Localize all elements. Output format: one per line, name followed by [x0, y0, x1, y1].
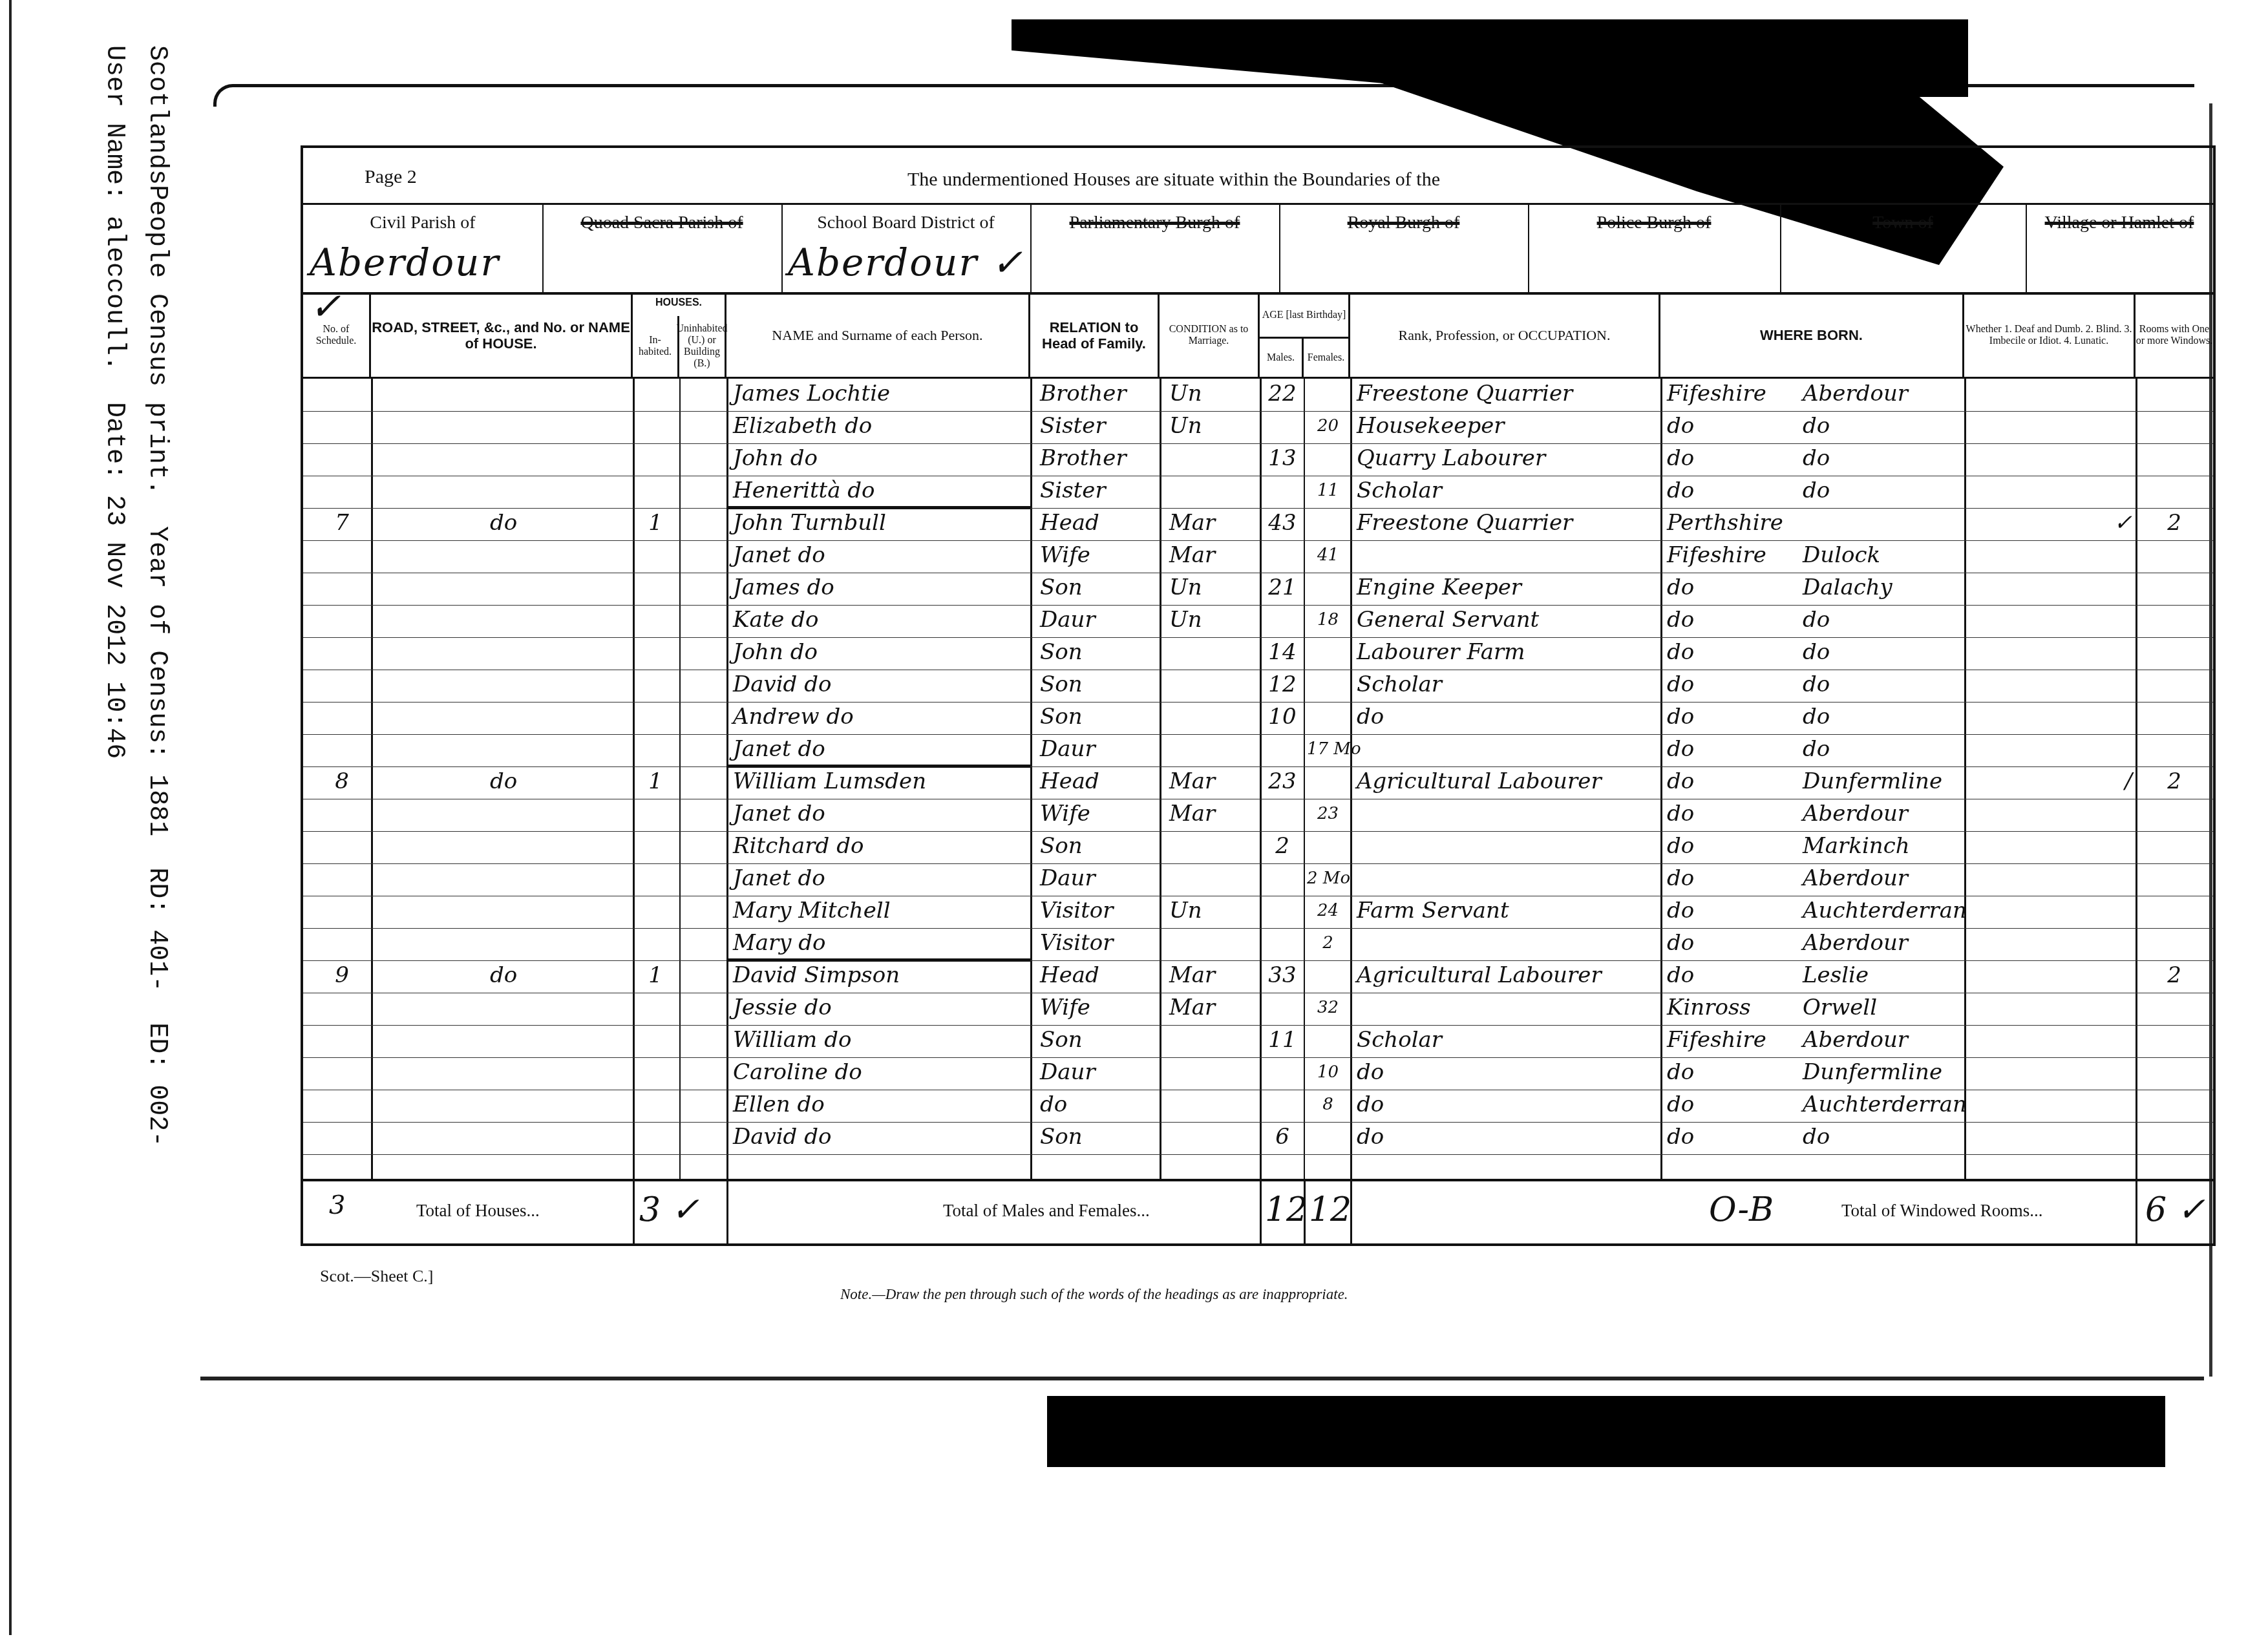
cell-name: David do — [733, 1123, 1027, 1150]
cell-rooms — [2139, 865, 2210, 892]
scan-edge — [9, 0, 12, 1635]
cell-female: 2 — [1307, 929, 1349, 956]
cell-relation: Son — [1040, 671, 1156, 698]
cell-occupation: Labourer Farm — [1357, 639, 1657, 666]
cell-inhabited — [636, 445, 675, 472]
cell-condition: Mar — [1169, 962, 1256, 989]
cell-name: Ritchard do — [733, 832, 1027, 860]
table-row: 7do1John TurnbullHeadMar43Freestone Quar… — [303, 508, 2213, 541]
cell-occupation — [1357, 735, 1657, 763]
cell-female: 23 — [1307, 800, 1349, 827]
cell-infirm — [1971, 412, 2132, 439]
cell-condition: Mar — [1169, 800, 1256, 827]
cell-male: 11 — [1263, 1026, 1302, 1053]
cell-name: Mary do — [733, 929, 1027, 956]
cell-road — [381, 380, 626, 407]
cell-female: 17 Mo — [1307, 735, 1349, 763]
cell-name: Jessie do — [733, 994, 1027, 1021]
table-row: Henerittà doSister11Scholardodo — [303, 476, 2213, 509]
cell-born-county: do — [1667, 735, 1803, 763]
district-row: Civil Parish of Aberdour ✓ Quoad Sacra P… — [303, 205, 2213, 295]
header-relation: RELATION to Head of Family. — [1030, 293, 1160, 379]
cell-road — [381, 477, 626, 504]
cell-female: 18 — [1307, 606, 1349, 633]
cell-infirm — [1971, 445, 2132, 472]
cell-name: Janet do — [733, 865, 1027, 892]
cell-born-county: Kinross — [1667, 994, 1803, 1021]
cell-born-parish: do — [1803, 445, 1961, 472]
cell-schedule — [316, 929, 368, 956]
cell-born-county: Fifeshire — [1667, 542, 1803, 569]
cell-male: 22 — [1263, 380, 1302, 407]
cell-male — [1263, 994, 1302, 1021]
cell-condition: Mar — [1169, 994, 1256, 1021]
cell-schedule — [316, 671, 368, 698]
table-row: John doSon14Labourer Farmdodo — [303, 637, 2213, 670]
cell-relation: Son — [1040, 639, 1156, 666]
table-row: Jessie doWifeMar32KinrossOrwell — [303, 993, 2213, 1026]
cell-road — [381, 412, 626, 439]
cell-male — [1263, 477, 1302, 504]
cell-male — [1263, 412, 1302, 439]
cell-male: 13 — [1263, 445, 1302, 472]
cell-name: William do — [733, 1026, 1027, 1053]
cell-occupation: Scholar — [1357, 671, 1657, 698]
cell-occupation: Agricultural Labourer — [1357, 768, 1657, 795]
cell-occupation: Engine Keeper — [1357, 574, 1657, 601]
cell-female: 24 — [1307, 897, 1349, 924]
cell-born-parish: do — [1803, 606, 1961, 633]
cell-condition: Un — [1169, 606, 1256, 633]
cell-road — [381, 671, 626, 698]
cell-infirm — [1971, 1026, 2132, 1053]
cell-occupation: Agricultural Labourer — [1357, 962, 1657, 989]
cell-female: 11 — [1307, 477, 1349, 504]
cell-name: Janet do — [733, 800, 1027, 827]
cell-born-county: do — [1667, 962, 1803, 989]
cell-relation: Head — [1040, 768, 1156, 795]
cell-road: do — [381, 962, 626, 989]
cell-born-county: do — [1667, 639, 1803, 666]
cell-schedule — [316, 606, 368, 633]
cell-inhabited — [636, 865, 675, 892]
cell-name: James Lochtie — [733, 380, 1027, 407]
cell-relation: Brother — [1040, 380, 1156, 407]
cell-condition — [1169, 929, 1256, 956]
cell-male — [1263, 735, 1302, 763]
cell-rooms — [2139, 477, 2210, 504]
header-rooms: Rooms with One or more Windows. — [2136, 293, 2213, 379]
cell-name: Andrew do — [733, 703, 1027, 730]
cell-name: Janet do — [733, 542, 1027, 569]
cell-inhabited — [636, 477, 675, 504]
table-row: James LochtieBrotherUn22Freestone Quarri… — [303, 379, 2213, 412]
cell-born-parish: Markinch — [1803, 832, 1961, 860]
header-females: Females. — [1304, 339, 1350, 379]
cell-infirm: ✓ — [1971, 509, 2132, 536]
cell-male — [1263, 1059, 1302, 1086]
cell-born-county: do — [1667, 832, 1803, 860]
cell-female — [1307, 574, 1349, 601]
cell-male — [1263, 865, 1302, 892]
stamp-line-1: ScotlandsPeople Census print. Year of Ce… — [142, 45, 171, 1146]
print-stamp: ScotlandsPeople Census print. Year of Ce… — [48, 45, 178, 1532]
cell-born-parish: Dunfermline — [1803, 768, 1961, 795]
cell-born-parish: Aberdour — [1803, 929, 1961, 956]
district-school-board: School Board District of Aberdour ✓ — [781, 205, 1032, 292]
table-row: Janet doWifeMar41FifeshireDulock — [303, 540, 2213, 573]
sheet-label: Scot.—Sheet C.] — [320, 1267, 434, 1286]
cell-condition: Un — [1169, 574, 1256, 601]
houses-total-value: 3 ✓ — [639, 1190, 699, 1229]
cell-born-parish: Leslie — [1803, 962, 1961, 989]
cell-inhabited — [636, 994, 675, 1021]
cell-relation: Brother — [1040, 445, 1156, 472]
cell-infirm — [1971, 703, 2132, 730]
cell-female: 10 — [1307, 1059, 1349, 1086]
table-row: David doSon6dododo — [303, 1122, 2213, 1155]
cell-rooms — [2139, 542, 2210, 569]
cell-rooms — [2139, 574, 2210, 601]
cell-condition: Un — [1169, 412, 1256, 439]
cell-road — [381, 1026, 626, 1053]
cell-schedule — [316, 994, 368, 1021]
table-row: William doSon11ScholarFifeshireAberdour — [303, 1025, 2213, 1058]
cell-condition — [1169, 735, 1256, 763]
cell-male: 23 — [1263, 768, 1302, 795]
cell-relation: Sister — [1040, 412, 1156, 439]
cell-road — [381, 897, 626, 924]
cell-male — [1263, 606, 1302, 633]
cell-road — [381, 542, 626, 569]
table-row: Elizabeth doSisterUn20Housekeeperdodo — [303, 411, 2213, 444]
cell-relation: Son — [1040, 832, 1156, 860]
cell-occupation: Farm Servant — [1357, 897, 1657, 924]
table-row: Ellen dodo8dodoAuchterderran — [303, 1090, 2213, 1123]
cell-inhabited: 1 — [636, 768, 675, 795]
cell-condition: Un — [1169, 897, 1256, 924]
cell-schedule — [316, 574, 368, 601]
cell-inhabited: 1 — [636, 509, 675, 536]
cell-schedule: 8 — [316, 768, 368, 795]
cell-born-parish: do — [1803, 639, 1961, 666]
cell-occupation: Freestone Quarrier — [1357, 509, 1657, 536]
cell-male: 21 — [1263, 574, 1302, 601]
females-total: 12 — [1309, 1190, 1351, 1229]
cell-female — [1307, 1026, 1349, 1053]
cell-rooms — [2139, 735, 2210, 763]
cell-relation: Visitor — [1040, 929, 1156, 956]
cell-infirm — [1971, 380, 2132, 407]
table-row: John doBrother13Quarry Labourerdodo — [303, 443, 2213, 476]
cell-schedule — [316, 1123, 368, 1150]
cell-inhabited: 1 — [636, 962, 675, 989]
cell-name: Ellen do — [733, 1091, 1027, 1118]
cell-male — [1263, 542, 1302, 569]
cell-infirm — [1971, 897, 2132, 924]
males-total: 12 — [1265, 1190, 1308, 1229]
cell-condition — [1169, 1123, 1256, 1150]
cell-born-county: do — [1667, 768, 1803, 795]
heading-note: Note.—Draw the pen through such of the w… — [840, 1286, 1348, 1303]
cell-relation: Daur — [1040, 606, 1156, 633]
cell-infirm — [1971, 929, 2132, 956]
cell-born-county: do — [1667, 1123, 1803, 1150]
header-schedule: No. of Schedule. — [303, 293, 371, 379]
cell-rooms — [2139, 1059, 2210, 1086]
cell-rooms — [2139, 929, 2210, 956]
cell-inhabited — [636, 735, 675, 763]
cell-inhabited — [636, 574, 675, 601]
cell-female — [1307, 1123, 1349, 1150]
cell-born-parish: do — [1803, 671, 1961, 698]
cell-inhabited — [636, 800, 675, 827]
district-royal-burgh: Royal Burgh of — [1279, 205, 1529, 292]
cell-name: Henerittà do — [733, 477, 1027, 504]
cell-infirm — [1971, 865, 2132, 892]
cell-occupation — [1357, 800, 1657, 827]
cell-inhabited — [636, 671, 675, 698]
cell-infirm — [1971, 994, 2132, 1021]
cell-born-parish: Dalachy — [1803, 574, 1961, 601]
table-row: Mary doVisitor2doAberdour — [303, 928, 2213, 961]
cell-born-parish: Aberdour — [1803, 800, 1961, 827]
cell-condition — [1169, 865, 1256, 892]
header-where-born: WHERE BORN. — [1660, 293, 1964, 379]
rooms-total-value: 6 ✓ — [2145, 1190, 2205, 1229]
cell-name: Kate do — [733, 606, 1027, 633]
cell-rooms — [2139, 445, 2210, 472]
table-row: Janet doDaur2 ModoAberdour — [303, 863, 2213, 896]
cell-rooms — [2139, 606, 2210, 633]
cell-female: 8 — [1307, 1091, 1349, 1118]
header-inhabited: In-habited. — [633, 316, 679, 379]
cell-rooms: 2 — [2139, 509, 2210, 536]
census-form: Page 2 The undermentioned Houses are sit… — [301, 145, 2216, 1246]
cell-road — [381, 445, 626, 472]
cell-rooms — [2139, 639, 2210, 666]
cell-occupation — [1357, 832, 1657, 860]
cell-name: John Turnbull — [733, 509, 1027, 536]
table-row: Ritchard doSon2doMarkinch — [303, 831, 2213, 864]
cell-schedule: 7 — [316, 509, 368, 536]
cell-infirm — [1971, 639, 2132, 666]
cell-born-county: do — [1667, 1059, 1803, 1086]
cell-schedule — [316, 1091, 368, 1118]
cell-rooms — [2139, 832, 2210, 860]
district-civil-parish: Civil Parish of Aberdour ✓ — [303, 205, 544, 292]
cell-relation: Son — [1040, 574, 1156, 601]
cell-schedule — [316, 1059, 368, 1086]
header-males: Males. — [1260, 339, 1304, 379]
cell-born-parish: do — [1803, 1123, 1961, 1150]
cell-rooms — [2139, 1091, 2210, 1118]
cell-relation: Son — [1040, 703, 1156, 730]
cell-condition: Un — [1169, 380, 1256, 407]
form-header: Page 2 The undermentioned Houses are sit… — [303, 148, 2213, 205]
cell-born-county: Fifeshire — [1667, 380, 1803, 407]
cell-inhabited — [636, 412, 675, 439]
cell-born-parish: do — [1803, 412, 1961, 439]
cell-female — [1307, 962, 1349, 989]
stamp-line-2: User Name: aleccoull. Date: 23 Nov 2012 … — [100, 45, 129, 759]
cell-born-parish: Aberdour — [1803, 1026, 1961, 1053]
cell-schedule — [316, 412, 368, 439]
cell-born-county: do — [1667, 606, 1803, 633]
cell-condition — [1169, 832, 1256, 860]
cell-female — [1307, 832, 1349, 860]
cell-born-parish: Aberdour — [1803, 865, 1961, 892]
header-name: NAME and Surname of each Person. — [726, 293, 1030, 379]
header-infirmity: Whether 1. Deaf and Dumb. 2. Blind. 3. I… — [1964, 293, 2136, 379]
cell-infirm — [1971, 574, 2132, 601]
cell-occupation — [1357, 929, 1657, 956]
cell-inhabited — [636, 1123, 675, 1150]
cell-relation: Visitor — [1040, 897, 1156, 924]
census-entries: James LochtieBrotherUn22Freestone Quarri… — [303, 379, 2213, 1179]
cell-name: Caroline do — [733, 1059, 1027, 1086]
cell-name: David do — [733, 671, 1027, 698]
cell-female — [1307, 768, 1349, 795]
cell-male — [1263, 1091, 1302, 1118]
cell-infirm — [1971, 606, 2132, 633]
cell-male: 12 — [1263, 671, 1302, 698]
cell-born-county: do — [1667, 800, 1803, 827]
cell-relation: Wife — [1040, 542, 1156, 569]
cell-road — [381, 865, 626, 892]
cell-schedule — [316, 445, 368, 472]
district-village: Village or Hamlet of — [2026, 205, 2213, 292]
cell-female — [1307, 703, 1349, 730]
cell-male: 33 — [1263, 962, 1302, 989]
cell-rooms: 2 — [2139, 768, 2210, 795]
cell-born-parish: Aberdour — [1803, 380, 1961, 407]
cell-relation: Daur — [1040, 865, 1156, 892]
cell-born-county: do — [1667, 445, 1803, 472]
cell-inhabited — [636, 1059, 675, 1086]
cell-schedule — [316, 380, 368, 407]
page-number: Page 2 — [365, 166, 417, 188]
cell-inhabited — [636, 606, 675, 633]
cell-relation: Wife — [1040, 994, 1156, 1021]
cell-road — [381, 606, 626, 633]
cell-born-county: do — [1667, 412, 1803, 439]
cell-name: Mary Mitchell — [733, 897, 1027, 924]
cell-infirm — [1971, 477, 2132, 504]
cell-born-parish: Auchterderran — [1803, 1091, 1961, 1118]
cell-rooms — [2139, 800, 2210, 827]
cell-condition — [1169, 1091, 1256, 1118]
cell-female — [1307, 445, 1349, 472]
cell-relation: Daur — [1040, 1059, 1156, 1086]
cell-female — [1307, 671, 1349, 698]
cell-female: 20 — [1307, 412, 1349, 439]
cell-occupation: Housekeeper — [1357, 412, 1657, 439]
table-row: David doSon12Scholardodo — [303, 670, 2213, 703]
table-row: 8do1William LumsdenHeadMar23Agricultural… — [303, 766, 2213, 799]
table-row: Caroline doDaur10dodoDunfermline — [303, 1057, 2213, 1090]
cell-name: William Lumsden — [733, 768, 1027, 795]
houses-total-label: Total of Houses... — [416, 1201, 540, 1221]
header-condition: CONDITION as to Marriage. — [1160, 293, 1260, 379]
cell-female — [1307, 639, 1349, 666]
cell-schedule — [316, 542, 368, 569]
cell-rooms — [2139, 897, 2210, 924]
cell-rooms: 2 — [2139, 962, 2210, 989]
cell-infirm — [1971, 962, 2132, 989]
cell-condition: Mar — [1169, 768, 1256, 795]
rooms-total-label: Total of Windowed Rooms... — [1841, 1201, 2043, 1221]
cell-male: 6 — [1263, 1123, 1302, 1150]
cell-born-parish: do — [1803, 477, 1961, 504]
paper-edge-bottom — [200, 1357, 2204, 1380]
cell-condition — [1169, 445, 1256, 472]
cell-condition — [1169, 671, 1256, 698]
cell-road — [381, 929, 626, 956]
cell-born-county: do — [1667, 574, 1803, 601]
cell-born-county: do — [1667, 897, 1803, 924]
cell-road — [381, 1059, 626, 1086]
cell-road — [381, 800, 626, 827]
cell-born-parish: do — [1803, 703, 1961, 730]
cell-road — [381, 735, 626, 763]
cell-born-county: do — [1667, 703, 1803, 730]
cell-road: do — [381, 509, 626, 536]
table-row: Janet doDaur17 Mododo — [303, 734, 2213, 767]
cell-name: John do — [733, 445, 1027, 472]
cell-rooms — [2139, 1026, 2210, 1053]
cell-relation: Sister — [1040, 477, 1156, 504]
header-age: AGE [last Birthday] — [1260, 293, 1350, 339]
cell-born-county: do — [1667, 477, 1803, 504]
cell-road — [381, 1091, 626, 1118]
cell-road: do — [381, 768, 626, 795]
cell-inhabited — [636, 380, 675, 407]
school-board-value: Aberdour ✓ — [788, 240, 1024, 284]
cell-born-county: Fifeshire — [1667, 1026, 1803, 1053]
header-road: ROAD, STREET, &c., and No. or NAME of HO… — [371, 293, 633, 379]
cell-occupation: General Servant — [1357, 606, 1657, 633]
cell-rooms — [2139, 703, 2210, 730]
cell-female — [1307, 509, 1349, 536]
cell-occupation: Scholar — [1357, 477, 1657, 504]
cell-infirm — [1971, 671, 2132, 698]
cell-inhabited — [636, 929, 675, 956]
table-row: Janet doWifeMar23doAberdour — [303, 799, 2213, 832]
cell-relation: Head — [1040, 962, 1156, 989]
cell-male: 43 — [1263, 509, 1302, 536]
cell-relation: Head — [1040, 509, 1156, 536]
cell-schedule — [316, 703, 368, 730]
district-quoad-sacra: Quoad Sacra Parish of — [542, 205, 783, 292]
cell-inhabited — [636, 639, 675, 666]
cell-occupation — [1357, 865, 1657, 892]
cell-condition: Mar — [1169, 509, 1256, 536]
cell-name: John do — [733, 639, 1027, 666]
cell-born-county: Perthshire — [1667, 509, 1803, 536]
cell-relation: do — [1040, 1091, 1156, 1118]
cell-infirm — [1971, 735, 2132, 763]
cell-female: 41 — [1307, 542, 1349, 569]
cell-infirm — [1971, 1123, 2132, 1150]
cell-relation: Son — [1040, 1026, 1156, 1053]
people-total-label: Total of Males and Females... — [943, 1201, 1150, 1221]
cell-condition — [1169, 703, 1256, 730]
cell-schedule — [316, 1026, 368, 1053]
cell-occupation: do — [1357, 1123, 1657, 1150]
cell-inhabited — [636, 1026, 675, 1053]
cell-rooms — [2139, 1123, 2210, 1150]
